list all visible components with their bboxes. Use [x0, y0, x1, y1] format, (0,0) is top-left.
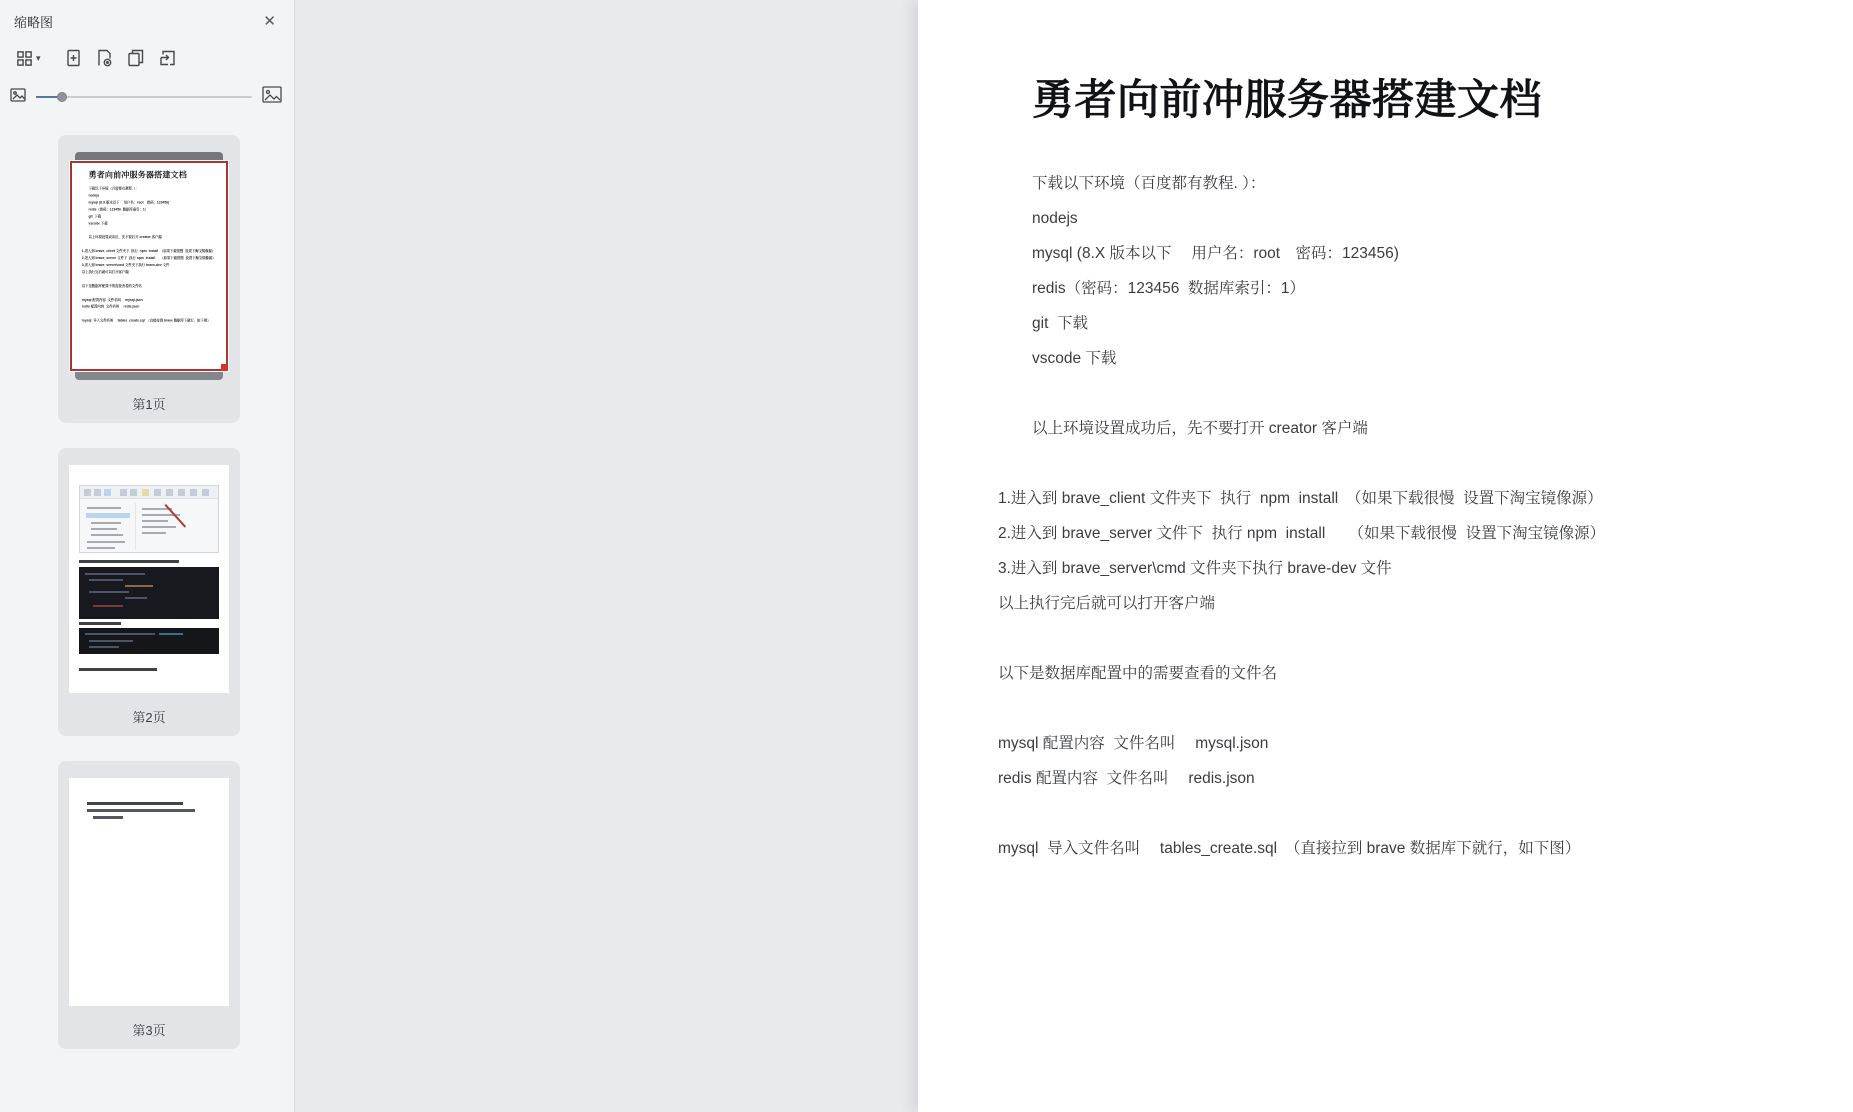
- document-page: 勇者向前冲服务器搭建文档 下载以下环境（百度都有教程. ）：nodejsmysq…: [918, 0, 1853, 1112]
- terminal-screenshot-2: [79, 628, 219, 654]
- thumbnail-page-1-preview: 勇者向前冲服务器搭建文档 下载以下环境（百度都有教程. ）：nodejsmysq…: [69, 152, 229, 380]
- doc-paragraph: 以上环境设置成功后，先不要打开 creator 客户端: [998, 411, 1813, 446]
- thumbnail-small-icon[interactable]: [10, 88, 26, 107]
- page-top-bar: [75, 152, 223, 160]
- copy-page-icon: [127, 49, 145, 67]
- chevron-down-icon: ▾: [36, 53, 41, 64]
- doc-paragraph: [998, 621, 1813, 656]
- document-title: 勇者向前冲服务器搭建文档: [1032, 76, 1813, 124]
- thumbnail-page-2-preview: [69, 465, 229, 693]
- page-bottom-bar: [75, 372, 223, 380]
- doc-paragraph: mysql 导入文件名叫 tables_create.sql （直接拉到 bra…: [998, 831, 1813, 866]
- thumbnail-page-1[interactable]: 勇者向前冲服务器搭建文档 下载以下环境（百度都有教程. ）：nodejsmysq…: [58, 135, 240, 423]
- import-page-icon: [159, 49, 177, 67]
- doc-paragraph: [998, 376, 1813, 411]
- slider-knob[interactable]: [57, 92, 67, 102]
- extract-page-icon: [96, 49, 113, 67]
- doc-paragraph: mysql 配置内容 文件名叫 mysql.json: [998, 726, 1813, 761]
- grid-view-button[interactable]: ▾: [13, 48, 44, 69]
- thumbnail-zoom-row: [0, 69, 294, 108]
- close-icon[interactable]: ✕: [259, 12, 280, 31]
- doc-paragraph: redis 配置内容 文件名叫 redis.json: [998, 761, 1813, 796]
- thumbnail-label: 第2页: [58, 707, 240, 726]
- current-page-handle: [221, 364, 228, 371]
- thumbnail-page-3-preview: [69, 778, 229, 1006]
- doc-paragraph: vscode 下载: [998, 341, 1813, 376]
- thumbnail-page-2[interactable]: 第2页: [58, 448, 240, 736]
- doc-paragraph: 以下是数据库配置中的需要查看的文件名: [998, 656, 1813, 691]
- import-page-button[interactable]: [156, 47, 180, 69]
- thumbnail-zoom-slider[interactable]: [36, 96, 252, 98]
- insert-page-button[interactable]: [62, 47, 85, 69]
- document-content: 勇者向前冲服务器搭建文档 下载以下环境（百度都有教程. ）：nodejsmysq…: [918, 0, 1853, 866]
- current-page-border: [70, 161, 228, 371]
- doc-paragraph: nodejs: [998, 201, 1813, 236]
- thumbnail-toolbar: ▾: [0, 31, 294, 69]
- doc-paragraph: [998, 691, 1813, 726]
- grid-view-icon: [16, 50, 33, 67]
- doc-paragraph: [998, 446, 1813, 481]
- doc-paragraph: mysql (8.X 版本以下 用户名：root 密码：123456): [998, 236, 1813, 271]
- panel-title: 缩略图: [14, 12, 53, 31]
- document-body: 下载以下环境（百度都有教程. ）：nodejsmysql (8.X 版本以下 用…: [998, 166, 1813, 866]
- file-explorer-screenshot: [79, 485, 219, 553]
- extract-page-button[interactable]: [93, 47, 116, 69]
- thumbnail-label: 第3页: [58, 1020, 240, 1039]
- copy-page-button[interactable]: [124, 47, 148, 69]
- doc-paragraph: 2.进入到 brave_server 文件下 执行 npm install （如…: [998, 516, 1813, 551]
- thumbnail-large-icon[interactable]: [262, 86, 282, 108]
- document-canvas: [295, 0, 918, 1112]
- insert-page-icon: [65, 49, 82, 67]
- doc-paragraph: 3.进入到 brave_server\cmd 文件夹下执行 brave-dev …: [998, 551, 1813, 586]
- terminal-screenshot: [79, 567, 219, 619]
- doc-paragraph: [998, 796, 1813, 831]
- doc-paragraph: 下载以下环境（百度都有教程. ）：: [998, 166, 1813, 201]
- doc-paragraph: redis（密码：123456 数据库索引：1）: [998, 271, 1813, 306]
- thumbnail-page-3[interactable]: 第3页: [58, 761, 240, 1049]
- thumbnail-panel: 缩略图 ✕ ▾: [0, 0, 295, 1112]
- doc-paragraph: 以上执行完后就可以打开客户端: [998, 586, 1813, 621]
- doc-paragraph: git 下载: [998, 306, 1813, 341]
- thumbnail-label: 第1页: [58, 394, 240, 413]
- doc-paragraph: 1.进入到 brave_client 文件夹下 执行 npm install （…: [998, 481, 1813, 516]
- thumbnail-panel-header: 缩略图 ✕: [0, 0, 294, 31]
- thumbnail-list: 勇者向前冲服务器搭建文档 下载以下环境（百度都有教程. ）：nodejsmysq…: [58, 135, 240, 1074]
